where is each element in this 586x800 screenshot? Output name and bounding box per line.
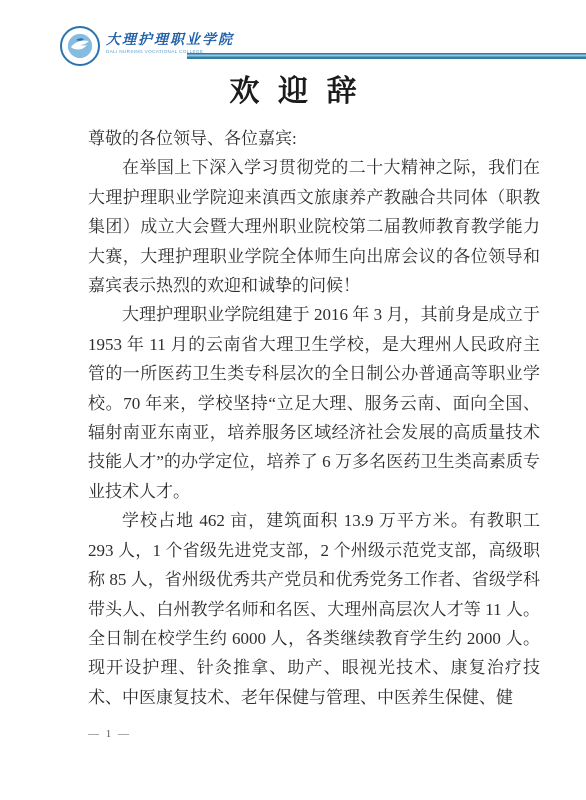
body-paragraph: 大理护理职业学院组建于 2016 年 3 月，其前身是成立于 1953 年 11… [88,300,540,506]
salutation-line: 尊敬的各位领导、各位嘉宾: [88,124,540,153]
school-name-chinese: 大理护理职业学院 [106,33,234,49]
page-title: 欢迎辞 [0,66,586,110]
page-header: 大理护理职业学院 DALI NURSING VOCATIONAL COLLEGE [0,0,586,70]
page-footer: — 1 — [88,728,131,740]
document-page: 大理护理职业学院 DALI NURSING VOCATIONAL COLLEGE… [0,0,586,800]
page-number: — 1 — [88,728,131,740]
header-divider-rule [187,53,586,59]
body-paragraph: 在举国上下深入学习贯彻党的二十大精神之际，我们在大理护理职业学院迎来滇西文旅康养… [88,153,540,300]
body-paragraph: 学校占地 462 亩，建筑面积 13.9 万平方米。有教职工 293 人，1 个… [88,506,540,712]
college-emblem-icon [60,26,100,66]
document-body: 尊敬的各位领导、各位嘉宾: 在举国上下深入学习贯彻党的二十大精神之际，我们在大理… [88,124,540,712]
